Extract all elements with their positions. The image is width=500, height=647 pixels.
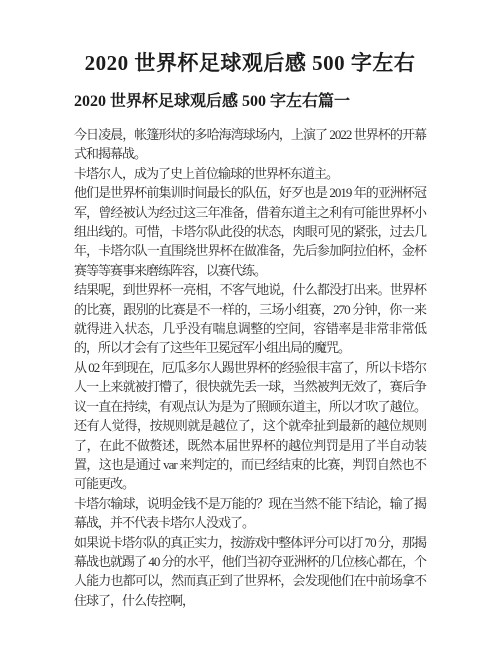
paragraph: 他们是世界杯前集训时间最长的队伍，好歹也是 2019 年的亚洲杯冠军，曾经被认为…	[74, 183, 426, 280]
section-heading: 2020 世界杯足球观后感 500 字左右篇一	[74, 91, 426, 112]
paragraph: 从 02 年到现在，厄瓜多尔人踢世界杯的经验很丰富了，所以卡塔尔人一上来就被打懵…	[74, 358, 426, 494]
document-page: 2020 世界杯足球观后感 500 字左右 2020 世界杯足球观后感 500 …	[0, 0, 500, 647]
document-title: 2020 世界杯足球观后感 500 字左右	[74, 50, 426, 77]
paragraph: 卡塔尔人，成为了史上首位输球的世界杯东道主。	[74, 164, 426, 183]
paragraph: 今日凌晨，帐篷形状的多哈海湾球场内，上演了 2022 世界杯的开幕式和揭幕战。	[74, 125, 426, 164]
document-body: 今日凌晨，帐篷形状的多哈海湾球场内，上演了 2022 世界杯的开幕式和揭幕战。卡…	[74, 125, 426, 610]
paragraph: 如果说卡塔尔队的真正实力，按游戏中整体评分可以打 70 分，那揭幕战也就踢了 4…	[74, 533, 426, 611]
paragraph: 卡塔尔输球，说明金钱不是万能的？现在当然不能下结论，输了揭幕战，并不代表卡塔尔人…	[74, 494, 426, 533]
paragraph: 结果呢，到世界杯一亮相，不客气地说，什么都没打出来。世界杯的比赛，跟别的比赛是不…	[74, 280, 426, 358]
